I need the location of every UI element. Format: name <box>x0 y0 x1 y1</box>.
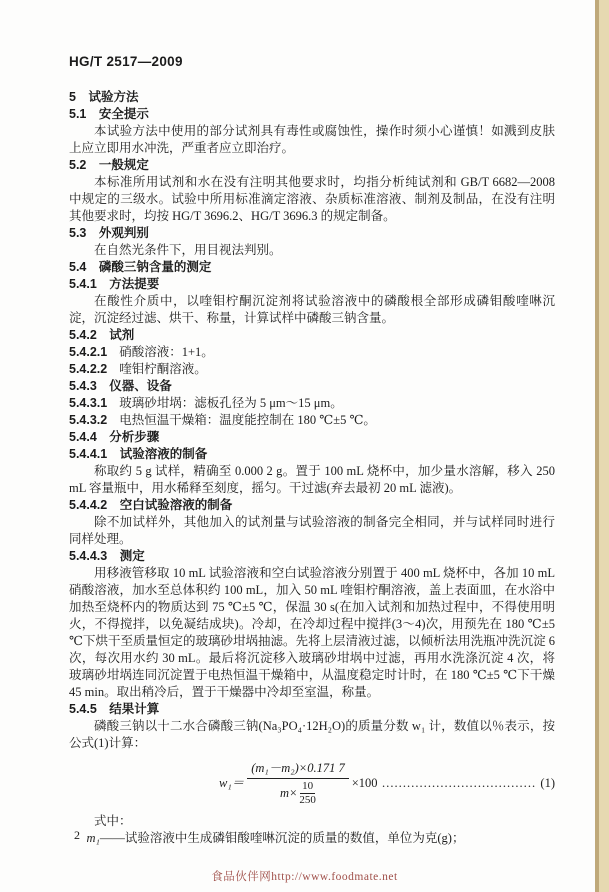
section-heading-5-4-4-3: 5.4.4.3 测定 <box>69 548 555 565</box>
formula-nested-denominator: 250 <box>299 794 316 806</box>
standard-number-header: HG/T 2517—2009 <box>69 54 555 69</box>
footer-watermark-url: 食品伙伴网http://www.foodmate.net <box>0 868 609 884</box>
section-heading-5-4: 5.4 磷酸三钠含量的测定 <box>69 259 555 276</box>
section-heading-5-4-4-2: 5.4.4.2 空白试验溶液的制备 <box>69 497 555 514</box>
paragraph-result-calculation: 磷酸三钠以十二水合磷酸三钠(Na₃PO₄·12H₂O)的质量分数 w₁ 计，数值… <box>69 718 555 752</box>
paragraph-determination: 用移液管移取 10 mL 试验溶液和空白试验溶液分别置于 400 mL 烧杯中，… <box>69 565 555 701</box>
paragraph-method-summary: 在酸性介质中，以喹钼柠酮沉淀剂将试验溶液中的磷酸根全部形成磷钼酸喹啉沉淀，沉淀经… <box>69 293 555 327</box>
formula-lhs: w₁＝ <box>219 776 244 791</box>
item-number: 5.4.2.2 <box>69 362 107 376</box>
section-heading-5: 5 试验方法 <box>69 89 555 106</box>
item-number: 5.4.3.1 <box>69 396 107 410</box>
section-heading-5-4-1: 5.4.1 方法提要 <box>69 276 555 293</box>
formula-equation-number: (1) <box>540 776 555 791</box>
item-number: 5.4.3.2 <box>69 413 107 427</box>
paragraph-general-rules: 本标准所用试剂和水在没有注明其他要求时，均指分析纯试剂和 GB/T 6682—2… <box>69 174 555 225</box>
formula-nested-numerator: 10 <box>300 781 315 794</box>
formula-denominator-prefix: m× <box>280 786 297 801</box>
legend-where-label: 式中： <box>69 813 555 830</box>
formula-main-fraction: (m₁－m₂)×0.171 7 m× 10 250 <box>247 761 349 806</box>
list-item-apparatus-oven: 5.4.3.2电热恒温干燥箱：温度能控制在 180 ℃±5 ℃。 <box>69 412 555 429</box>
list-item-reagent-nitric-acid: 5.4.2.1硝酸溶液：1+1。 <box>69 344 555 361</box>
section-heading-5-3: 5.3 外观判别 <box>69 225 555 242</box>
section-heading-5-4-4: 5.4.4 分析步骤 <box>69 429 555 446</box>
legend-m1-symbol: m₁ <box>87 831 100 845</box>
document-page: HG/T 2517—2009 5 试验方法 5.1 安全提示 本试验方法中使用的… <box>0 0 609 892</box>
list-item-reagent-quimociac: 5.4.2.2喹钼柠酮溶液。 <box>69 361 555 378</box>
formula-dot-leader: …………………………………………………… <box>382 776 537 791</box>
section-heading-5-4-2: 5.4.2 试剂 <box>69 327 555 344</box>
item-text: 硝酸溶液：1+1。 <box>119 345 214 359</box>
formula-multiplier: ×100 <box>352 776 378 791</box>
item-text: 玻璃砂坩埚：滤板孔径为 5 μm～15 μm。 <box>119 396 342 410</box>
formula-equation-1: w₁＝ (m₁－m₂)×0.171 7 m× 10 250 ×100 ……………… <box>69 761 555 806</box>
section-heading-5-4-5: 5.4.5 结果计算 <box>69 701 555 718</box>
list-item-apparatus-crucible: 5.4.3.1玻璃砂坩埚：滤板孔径为 5 μm～15 μm。 <box>69 395 555 412</box>
legend-m1-description: ——试验溶液中生成磷钼酸喹啉沉淀的质量的数值，单位为克(g)； <box>100 831 465 845</box>
paragraph-appearance-judgement: 在自然光条件下，用目视法判别。 <box>69 242 555 259</box>
section-heading-5-4-3: 5.4.3 仪器、设备 <box>69 378 555 395</box>
page-number: 2 <box>74 828 80 843</box>
section-heading-5-4-4-1: 5.4.4.1 试验溶液的制备 <box>69 446 555 463</box>
section-heading-5-1: 5.1 安全提示 <box>69 106 555 123</box>
item-text: 电热恒温干燥箱：温度能控制在 180 ℃±5 ℃。 <box>119 413 376 427</box>
item-number: 5.4.2.1 <box>69 345 107 359</box>
formula-nested-fraction: 10 250 <box>299 781 316 806</box>
scan-edge-strip <box>599 0 609 892</box>
section-heading-5-2: 5.2 一般规定 <box>69 157 555 174</box>
paragraph-test-solution-prep: 称取约 5 g 试样，精确至 0.000 2 g。置于 100 mL 烧杯中，加… <box>69 463 555 497</box>
paragraph-blank-solution-prep: 除不加试样外，其他加入的试剂量与试验溶液的制备完全相同，并与试样同时进行同样处理… <box>69 514 555 548</box>
formula-numerator: (m₁－m₂)×0.171 7 <box>247 761 349 779</box>
paragraph-safety-notice: 本试验方法中使用的部分试剂具有毒性或腐蚀性，操作时须小心谨慎！如溅到皮肤上应立即… <box>69 123 555 157</box>
item-text: 喹钼柠酮溶液。 <box>119 362 207 376</box>
legend-m1-line: m₁——试验溶液中生成磷钼酸喹啉沉淀的质量的数值，单位为克(g)； <box>69 830 555 847</box>
